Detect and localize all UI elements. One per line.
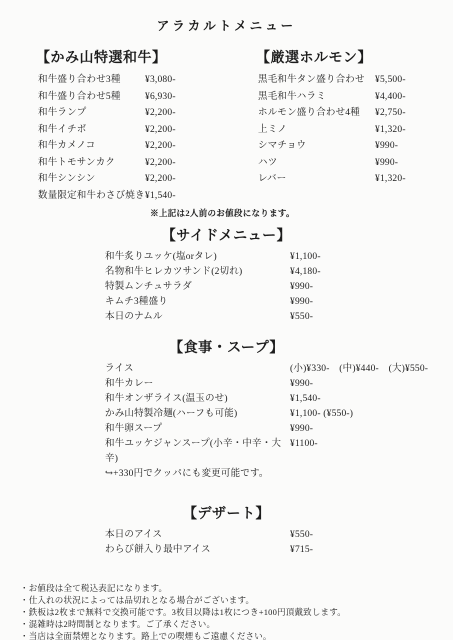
servings-note: ※上記は2人前のお値段になります。: [0, 207, 453, 219]
menu-item: 和牛シンシン ¥2,200-: [38, 171, 258, 188]
kuppa-change-note: ↪+330円でクッパにも変更可能です。: [0, 467, 453, 482]
item-name: 黒毛和牛ハラミ: [258, 89, 375, 106]
menu-item: わらび餅入り最中アイス ¥715-: [105, 543, 413, 558]
page-title: アラカルトメニュー: [0, 16, 453, 34]
wagyu-item-list: 和牛盛り合わせ3種 ¥3,080- 和牛盛り合わせ5種 ¥6,930- 和牛ラン…: [38, 72, 258, 204]
item-name: 和牛盛り合わせ3種: [38, 72, 145, 89]
item-name: 和牛ランプ: [38, 105, 145, 122]
menu-item: 和牛カレー ¥990-: [105, 377, 413, 392]
item-price: ¥4,400-: [375, 89, 406, 106]
menu-item: ホルモン盛り合わせ4種 ¥2,750-: [258, 105, 453, 122]
item-name: わらび餅入り最中アイス: [105, 543, 290, 558]
menu-item: 黒毛和牛タン盛り合わせ ¥5,500-: [258, 72, 453, 89]
horumon-item-list: 黒毛和牛タン盛り合わせ ¥5,500- 黒毛和牛ハラミ ¥4,400- ホルモン…: [258, 72, 453, 188]
item-name: 和牛イチボ: [38, 122, 145, 139]
item-price: ¥5,500-: [375, 72, 406, 89]
item-price: ¥2,200-: [145, 171, 176, 188]
item-price: ¥990-: [290, 422, 313, 437]
footnote-line: ・鉄板は2枚まで無料で交換可能です。3枚目以降は1枚につき+100円頂戴致します…: [20, 606, 453, 618]
item-name: ホルモン盛り合わせ4種: [258, 105, 375, 122]
item-name: 和牛シンシン: [38, 171, 145, 188]
top-columns: 【かみ山特選和牛】 和牛盛り合わせ3種 ¥3,080- 和牛盛り合わせ5種 ¥6…: [0, 47, 453, 204]
item-price: ¥550-: [290, 528, 313, 543]
side-item-list: 和牛炙りユッケ(塩orタレ) ¥1,100- 名物和牛ヒレカツサンド(2切れ) …: [0, 250, 453, 325]
menu-item: レバー ¥1,320-: [258, 171, 453, 188]
item-name: 名物和牛ヒレカツサンド(2切れ): [105, 265, 290, 280]
item-name: ライス: [105, 362, 290, 377]
item-name: 本日のナムル: [105, 310, 290, 325]
menu-item: 和牛盛り合わせ3種 ¥3,080-: [38, 72, 258, 89]
item-price: ¥715-: [290, 543, 313, 558]
dessert-item-list: 本日のアイス ¥550- わらび餅入り最中アイス ¥715-: [0, 528, 453, 558]
item-name: 特製ムンチュサラダ: [105, 280, 290, 295]
item-price: ¥3,080-: [145, 72, 176, 89]
footnote-line: ・混雑時は2時間制となります。ご了承ください。: [20, 618, 453, 630]
menu-item: 和牛盛り合わせ5種 ¥6,930-: [38, 89, 258, 106]
footnotes: ・お値段は全て税込表記になります。 ・仕入れの状況によっては品切れとなる場合がご…: [0, 582, 453, 640]
menu-item: 和牛炙りユッケ(塩orタレ) ¥1,100-: [105, 250, 413, 265]
item-price: ¥990-: [290, 280, 313, 295]
item-price: ¥6,930-: [145, 89, 176, 106]
item-name: 和牛炙りユッケ(塩orタレ): [105, 250, 290, 265]
item-price: ¥550-: [290, 310, 313, 325]
item-price: ¥990-: [375, 155, 398, 172]
footnote-line: ・当店は全面禁煙となります。路上での喫煙もご遠慮ください。: [20, 630, 453, 640]
item-price: ¥1,320-: [375, 171, 406, 188]
item-price: ¥1,100-: [290, 250, 321, 265]
section-meal-soup: 【食事・スープ】 ライス (小)¥330- (中)¥440- (大)¥550- …: [0, 337, 453, 482]
item-name: 数量限定和牛わさび焼き: [38, 188, 145, 205]
menu-item: 和牛オンザライス(温玉のせ) ¥1,540-: [105, 392, 413, 407]
menu-item: 名物和牛ヒレカツサンド(2切れ) ¥4,180-: [105, 265, 413, 280]
item-name: 和牛オンザライス(温玉のせ): [105, 392, 290, 407]
menu-item: シマチョウ ¥990-: [258, 138, 453, 155]
item-price: ¥1,320-: [375, 122, 406, 139]
item-price: ¥1100-: [290, 437, 318, 452]
section-horumon: 【厳選ホルモン】 黒毛和牛タン盛り合わせ ¥5,500- 黒毛和牛ハラミ ¥4,…: [258, 47, 453, 204]
item-name: 黒毛和牛タン盛り合わせ: [258, 72, 375, 89]
menu-item: 和牛ユッケジャンスープ(小辛・中辛・大辛) ¥1100-: [105, 437, 413, 467]
section-side-menu: 【サイドメニュー】 和牛炙りユッケ(塩orタレ) ¥1,100- 名物和牛ヒレカ…: [0, 225, 453, 325]
menu-item: 黒毛和牛ハラミ ¥4,400-: [258, 89, 453, 106]
menu-item: 本日のナムル ¥550-: [105, 310, 413, 325]
section-dessert-header: 【デザート】: [0, 503, 453, 523]
item-name: シマチョウ: [258, 138, 375, 155]
menu-item: 上ミノ ¥1,320-: [258, 122, 453, 139]
item-price: ¥2,200-: [145, 122, 176, 139]
section-dessert: 【デザート】 本日のアイス ¥550- わらび餅入り最中アイス ¥715-: [0, 503, 453, 558]
item-name: レバー: [258, 171, 375, 188]
item-price: ¥1,540-: [290, 392, 321, 407]
item-name: 和牛卵スープ: [105, 422, 290, 437]
menu-item: 和牛イチボ ¥2,200-: [38, 122, 258, 139]
meal-item-list: ライス (小)¥330- (中)¥440- (大)¥550- 和牛カレー ¥99…: [0, 362, 453, 467]
menu-item: 和牛ランプ ¥2,200-: [38, 105, 258, 122]
menu-item: キムチ3種盛り ¥990-: [105, 295, 413, 310]
item-price: ¥4,180-: [290, 265, 321, 280]
menu-item: 和牛カメノコ ¥2,200-: [38, 138, 258, 155]
item-price: ¥990-: [375, 138, 398, 155]
item-price: ¥990-: [290, 377, 313, 392]
item-name: 上ミノ: [258, 122, 375, 139]
item-price: ¥1,100- (¥550-): [290, 407, 353, 422]
item-price: ¥1,540-: [145, 188, 176, 205]
section-meal-header: 【食事・スープ】: [0, 337, 453, 357]
menu-item: 数量限定和牛わさび焼き ¥1,540-: [38, 188, 258, 205]
item-name: ハツ: [258, 155, 375, 172]
menu-item: 本日のアイス ¥550-: [105, 528, 413, 543]
item-name: 和牛トモサンカク: [38, 155, 145, 172]
menu-item: かみ山特製冷麺(ハーフも可能) ¥1,100- (¥550-): [105, 407, 413, 422]
item-name: 和牛ユッケジャンスープ(小辛・中辛・大辛): [105, 437, 290, 467]
item-name: 和牛盛り合わせ5種: [38, 89, 145, 106]
menu-item: ライス (小)¥330- (中)¥440- (大)¥550-: [105, 362, 413, 377]
menu-item: 和牛卵スープ ¥990-: [105, 422, 413, 437]
item-price: ¥2,750-: [375, 105, 406, 122]
item-price: ¥2,200-: [145, 105, 176, 122]
item-name: 和牛カメノコ: [38, 138, 145, 155]
menu-item: 特製ムンチュサラダ ¥990-: [105, 280, 413, 295]
section-wagyu: 【かみ山特選和牛】 和牛盛り合わせ3種 ¥3,080- 和牛盛り合わせ5種 ¥6…: [38, 47, 258, 204]
item-price: ¥2,200-: [145, 138, 176, 155]
footnote-line: ・お値段は全て税込表記になります。: [20, 582, 453, 594]
item-name: かみ山特製冷麺(ハーフも可能): [105, 407, 290, 422]
item-price: (小)¥330- (中)¥440- (大)¥550-: [290, 362, 428, 377]
footnote-line: ・仕入れの状況によっては品切れとなる場合がございます。: [20, 594, 453, 606]
section-horumon-header: 【厳選ホルモン】: [256, 47, 453, 67]
item-price: ¥2,200-: [145, 155, 176, 172]
menu-item: ハツ ¥990-: [258, 155, 453, 172]
item-name: キムチ3種盛り: [105, 295, 290, 310]
item-name: 和牛カレー: [105, 377, 290, 392]
menu-item: 和牛トモサンカク ¥2,200-: [38, 155, 258, 172]
item-name: 本日のアイス: [105, 528, 290, 543]
section-wagyu-header: 【かみ山特選和牛】: [36, 47, 258, 67]
section-side-header: 【サイドメニュー】: [0, 225, 453, 245]
item-price: ¥990-: [290, 295, 313, 310]
menu-page: アラカルトメニュー 【かみ山特選和牛】 和牛盛り合わせ3種 ¥3,080- 和牛…: [0, 0, 453, 640]
